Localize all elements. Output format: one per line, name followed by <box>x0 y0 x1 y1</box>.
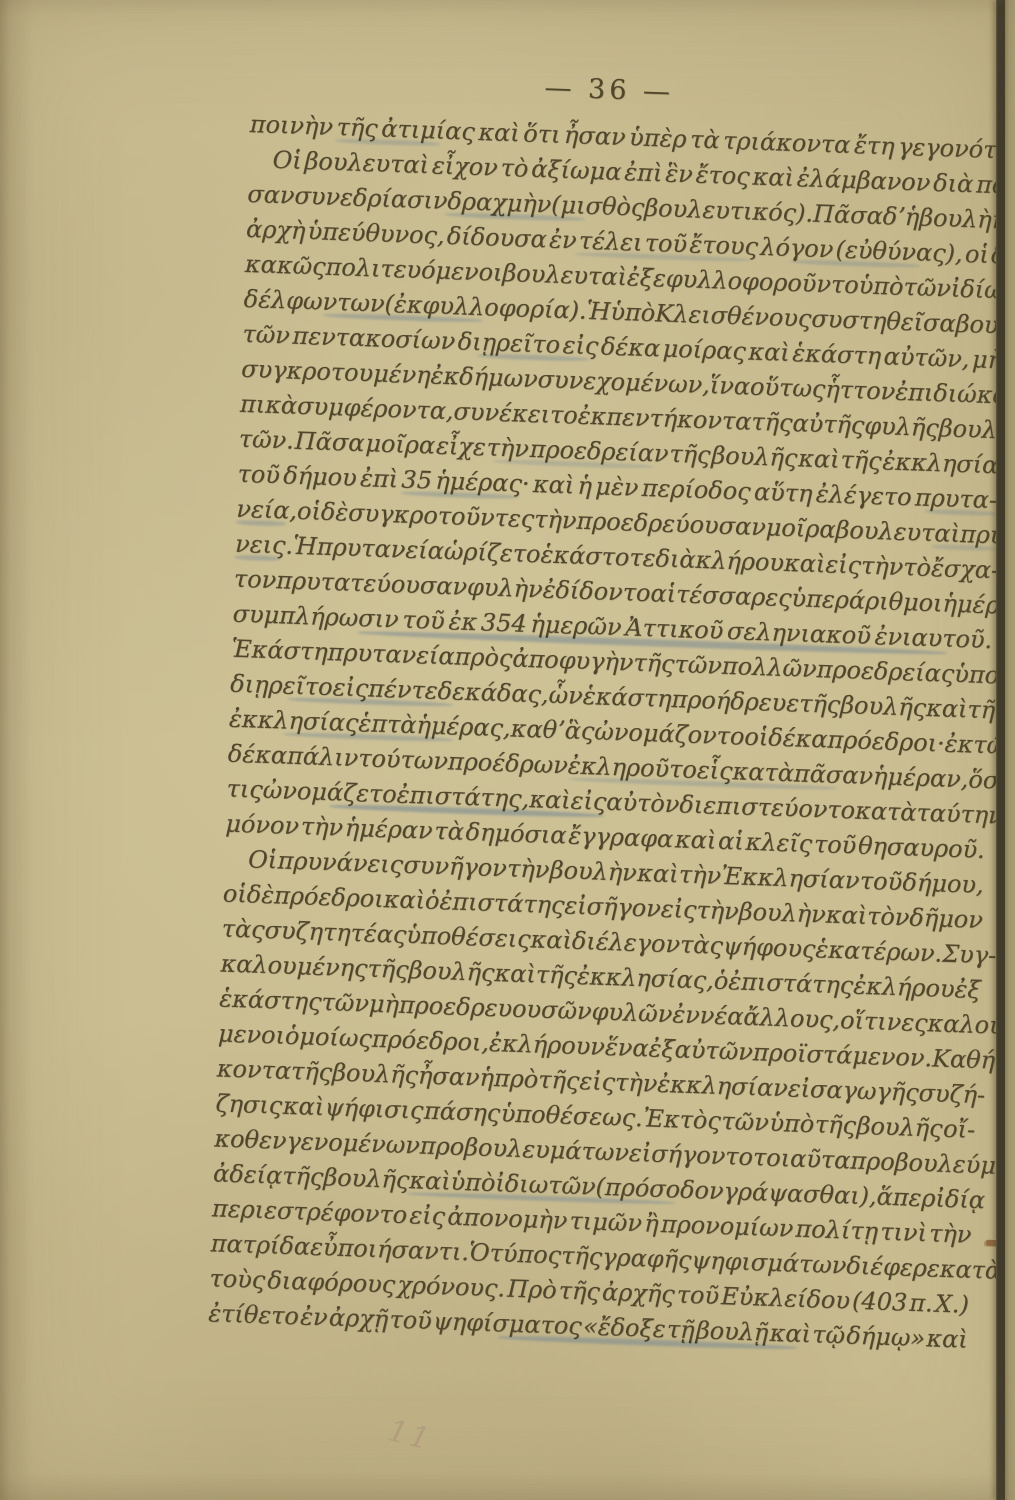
book-page-scan: — 36 — ποινὴντῆςἀτιμίαςκαὶὅτιἦσανὑπὲρτὰτ… <box>0 0 1015 1500</box>
page-text-block: — 36 — ποινὴντῆςἀτιμίαςκαὶὅτιἦσανὑπὲρτὰτ… <box>207 62 1012 1378</box>
page-number: — 36 — <box>229 61 990 119</box>
text-lines: ποινὴντῆςἀτιμίαςκαὶὅτιἦσανὑπὲρτὰτριάκοντ… <box>208 108 1010 1359</box>
handwritten-mark: 11 <box>384 1413 435 1458</box>
page-edge-strip <box>1005 0 1015 1500</box>
page-gutter-line <box>996 0 1005 1500</box>
